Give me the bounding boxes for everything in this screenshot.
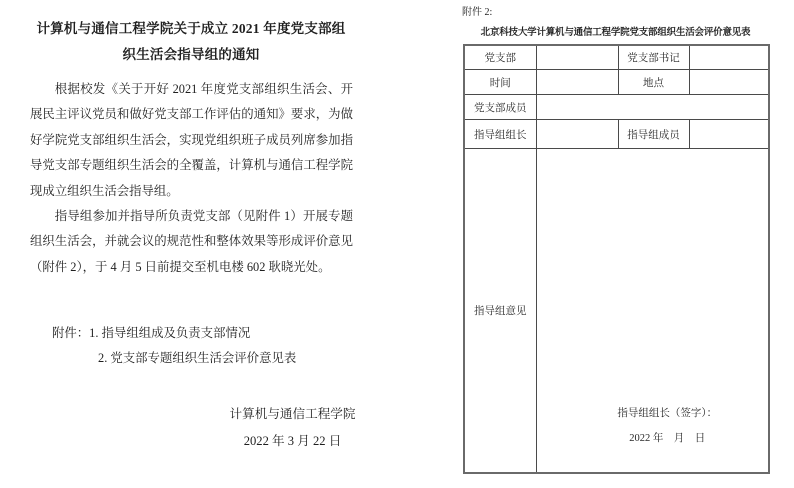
notice-paragraph-1: 根据校发《关于开好 2021 年度党支部组织生活会、开展民主评议党员和做好党支部…: [30, 77, 353, 204]
opinion-signature-line: 指导组组长（签字）：: [567, 401, 769, 426]
place-value-cell: [689, 70, 769, 95]
time-value-cell: [536, 70, 618, 95]
opinion-signature-date: 2022 年 月 日: [567, 426, 769, 451]
branch-label-cell: 党支部: [464, 45, 536, 70]
evaluation-form-page: 附件 2: 北京科技大学计算机与通信工程学院党支部组织生活会评价意见表 党支部 …: [430, 0, 794, 488]
evaluation-table: 党支部 党支部书记 时间 地点 党支部成员 指导组组长: [463, 44, 770, 474]
notice-page: 计算机与通信工程学院关于成立 2021 年度党支部组 织生活会指导组的通知 根据…: [0, 0, 430, 488]
notice-attachments: 附件：1. 指导组组成及负责支部情况 2. 党支部专题组织生活会评价意见表: [52, 321, 372, 371]
group-members-value-cell: [689, 120, 769, 149]
members-label-cell: 党支部成员: [464, 95, 536, 120]
signature-date: 2022 年 3 月 22 日: [150, 428, 435, 455]
form-title: 北京科技大学计算机与通信工程学院党支部组织生活会评价意见表: [463, 27, 768, 40]
members-value-cell: [536, 95, 769, 120]
document-canvas: 计算机与通信工程学院关于成立 2021 年度党支部组 织生活会指导组的通知 根据…: [0, 0, 794, 488]
group-members-label-cell: 指导组成员: [618, 120, 689, 149]
notice-title: 计算机与通信工程学院关于成立 2021 年度党支部组 织生活会指导组的通知: [30, 16, 352, 68]
leader-value-cell: [536, 120, 618, 149]
opinion-value-cell: 指导组组长（签字）： 2022 年 月 日: [536, 149, 769, 474]
opinion-label-cell: 指导组意见: [464, 149, 536, 474]
signature-org: 计算机与通信工程学院: [150, 401, 435, 428]
opinion-signature: 指导组组长（签字）： 2022 年 月 日: [537, 401, 769, 451]
time-label-cell: 时间: [464, 70, 536, 95]
notice-paragraph-2: 指导组参加并指导所负责党支部（见附件 1）开展专题组织生活会，并就会议的规范性和…: [30, 204, 353, 280]
secretary-label-cell: 党支部书记: [618, 45, 689, 70]
attachment-item-1: 附件：1. 指导组组成及负责支部情况: [52, 321, 372, 346]
table-row-opinion: 指导组意见 指导组组长（签字）： 2022 年 月 日: [464, 149, 769, 474]
branch-value-cell: [536, 45, 618, 70]
place-label-cell: 地点: [618, 70, 689, 95]
table-row-time-place: 时间 地点: [464, 70, 769, 95]
notice-signature: 计算机与通信工程学院 2022 年 3 月 22 日: [150, 401, 435, 455]
secretary-value-cell: [689, 45, 769, 70]
form-attachment-label: 附件 2:: [462, 6, 492, 20]
table-row-guidance-group: 指导组组长 指导组成员: [464, 120, 769, 149]
notice-title-line1: 计算机与通信工程学院关于成立 2021 年度党支部组: [30, 16, 352, 42]
notice-title-line2: 织生活会指导组的通知: [30, 42, 352, 68]
table-row-members: 党支部成员: [464, 95, 769, 120]
leader-label-cell: 指导组组长: [464, 120, 536, 149]
table-row-branch: 党支部 党支部书记: [464, 45, 769, 70]
attachment-item-2: 2. 党支部专题组织生活会评价意见表: [52, 346, 372, 371]
notice-body: 根据校发《关于开好 2021 年度党支部组织生活会、开展民主评议党员和做好党支部…: [30, 77, 353, 280]
